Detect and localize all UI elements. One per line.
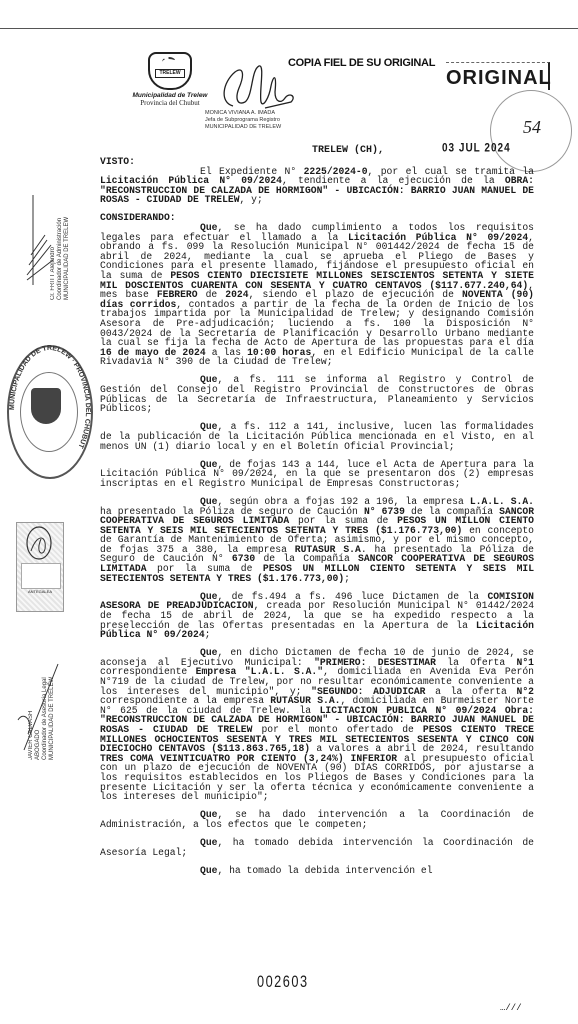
tax-stamp: ANTEGALEA [16, 522, 64, 612]
top-rule [0, 28, 578, 29]
signature-icon [215, 62, 305, 110]
svg-text:MUNICIPALIDAD DE TRELEW · PROV: MUNICIPALIDAD DE TRELEW · PROVINCIA DEL … [9, 345, 91, 450]
considerando-paragraph: Que, se ha dado cumplimiento a todos los… [100, 223, 534, 367]
stamp-scribble-icon [21, 525, 59, 561]
considerando-paragraph: Que, se ha dado intervención a la Coordi… [100, 810, 534, 829]
serial-number: 002603 [257, 972, 309, 992]
considerando-paragraph: Que, a fs. 111 se informa al Registro y … [100, 375, 534, 413]
trelew-shield-icon: TRELEW [148, 52, 192, 90]
resolution-body: VISTO: El Expediente N° 2225/2024-0, por… [100, 157, 534, 884]
folio-number: 54 [523, 117, 541, 138]
registry-signature-stamp: MONICA VIVIANA A. IMADA Jefa de Subprogr… [205, 110, 295, 131]
visto-paragraph: El Expediente N° 2225/2024-0, por el cua… [100, 167, 534, 205]
certified-copy-stamp: COPIA FIEL DE SU ORIGINAL [288, 57, 435, 69]
considerando-paragraph: Que, según obra a fojas 192 a 196, la em… [100, 497, 534, 583]
date-stamp: 03 JUL 2024 [442, 142, 511, 155]
municipality-name: Municipalidad de Trelew [122, 92, 218, 99]
legal-signer-stamp: JAVIER CALVASH ABOGADO Coordinador de As… [28, 660, 56, 760]
considerando-paragraph: Que, de fojas 143 a 144, luce el Acta de… [100, 460, 534, 489]
considerando-list: Que, se ha dado cumplimiento a todos los… [100, 223, 534, 875]
considerando-paragraph: Que, ha tomado la debida intervención el [100, 866, 534, 876]
considerando-paragraph: Que, de fs.494 a fs. 496 luce Dictamen d… [100, 592, 534, 640]
considerando-paragraph: Que, ha tomado debida intervención la Co… [100, 838, 534, 857]
considerando-paragraph: Que, en dicho Dictamen de fecha 10 de ju… [100, 648, 534, 802]
admin-signer-stamp: Cr. FRITT Alejandro Coordinador de Admin… [50, 190, 71, 300]
considerando-paragraph: Que, a fs. 112 a 141, inclusive, lucen l… [100, 422, 534, 451]
seal-text: MUNICIPALIDAD DE TRELEW · PROVINCIA DEL … [0, 340, 100, 480]
continuation-mark: …/// [500, 1003, 522, 1013]
municipality-logo-block: TRELEW Municipalidad de Trelew Provincia… [122, 52, 218, 107]
place-label: TRELEW (CH), [312, 145, 384, 156]
province-name: Provincia del Chubut [122, 99, 218, 107]
original-stamp: ORIGINAL [446, 62, 550, 90]
